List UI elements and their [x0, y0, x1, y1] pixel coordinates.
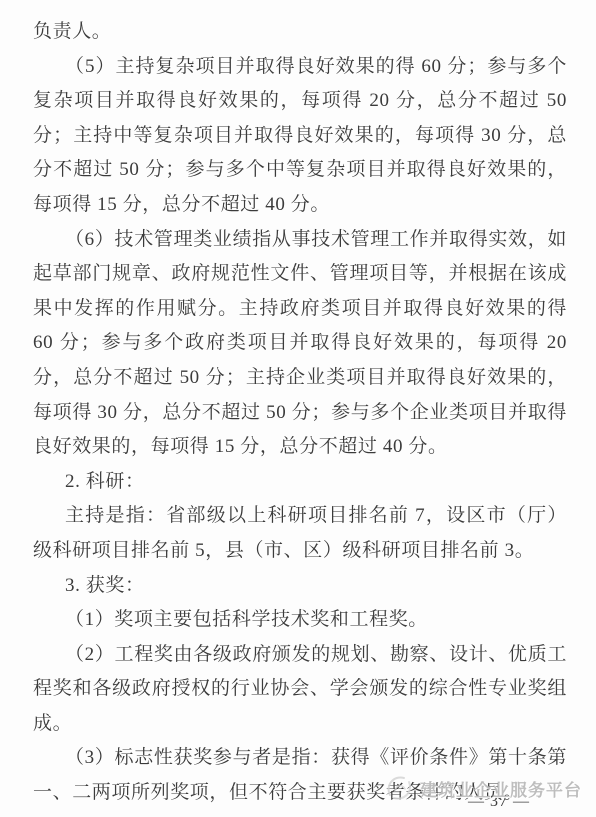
paragraph-awards-1: （1）奖项主要包括科学技术奖和工程奖。	[33, 603, 567, 638]
paragraph-research-detail: 主持是指：省部级以上科研项目排名前 7，设区市（厅）级科研项目排名前 5，县（市…	[33, 499, 567, 568]
heading-awards: 3. 获奖：	[33, 569, 567, 604]
document-body: 负责人。 （5）主持复杂项目并取得良好效果的得 60 分；参与多个复杂项目并取得…	[33, 15, 567, 811]
swirl-logo-icon	[383, 772, 415, 804]
watermark: 建筑业企业服务平台	[383, 772, 582, 804]
paragraph-awards-2: （2）工程奖由各级政府颁发的规划、勘察、设计、优质工程奖和各级政府授权的行业协会…	[33, 638, 567, 742]
paragraph-continuation: 负责人。	[33, 15, 567, 50]
document-page: 负责人。 （5）主持复杂项目并取得良好效果的得 60 分；参与多个复杂项目并取得…	[0, 0, 596, 817]
watermark-text: 建筑业企业服务平台	[420, 776, 582, 801]
paragraph-item-5: （5）主持复杂项目并取得良好效果的得 60 分；参与多个复杂项目并取得良好效果的…	[33, 50, 567, 223]
heading-research: 2. 科研：	[33, 465, 567, 500]
paragraph-item-6: （6）技术管理类业绩指从事技术管理工作并取得实效，如起草部门规章、政府规范性文件…	[33, 223, 567, 465]
